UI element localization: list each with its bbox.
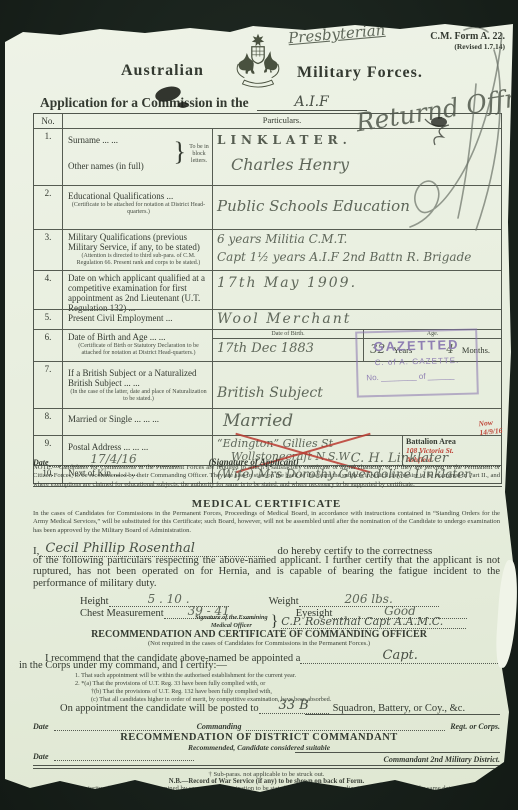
posted-post-text: Squadron, Battery, or Coy., &c. [333, 703, 466, 714]
row-number: 5. [34, 310, 63, 329]
married-label: Married or Single ... ... ... [63, 409, 213, 435]
row-value: Public Schools Education [213, 186, 501, 229]
recommend-rank-value: Capt. [300, 648, 500, 664]
table-row-married: 8. Married or Single ... ... ... Married [34, 408, 501, 435]
district-section-title: RECOMMENDATION OF DISTRICT COMMANDANT [19, 732, 499, 743]
row-number: 1. [34, 129, 63, 185]
co-section-title: RECOMMENDATION AND CERTIFICATE OF COMMAN… [19, 629, 499, 640]
application-force-value: A.I.F [257, 94, 367, 111]
footnote-seniority: Seniority of Candidates as determined by… [73, 785, 460, 793]
table-header-row: No. Particulars. [34, 114, 501, 128]
table-row-military-qualifications: 3. Military Qualifications (previous Mil… [34, 229, 501, 270]
employment-label: Present Civil Employment ... [63, 310, 213, 329]
exam-date-value: 17th May 1909. [217, 275, 497, 291]
district-section-subtitle: Recommended, Candidate considered suitab… [19, 743, 499, 752]
education-label: Educational Qualifications ... [68, 191, 209, 201]
employment-value: Wool Merchant [217, 311, 497, 327]
row-number: 4. [34, 271, 63, 309]
rule-line [33, 765, 500, 766]
block-letters-note: To be in block letters. [186, 144, 212, 165]
table-row-employment: 5. Present Civil Employment ... Wool Mer… [34, 309, 501, 329]
application-title: Application for a Commission in the [40, 95, 249, 111]
row-value: 6 years Militia C.M.T. Capt 1½ years A.I… [213, 230, 501, 270]
co-blank-line [305, 714, 500, 715]
row-label: Surname ... ... Other names (in full) } … [63, 129, 213, 185]
battalion-area-label: Battalion Area [406, 437, 498, 446]
note-paragraph: NOTE.—Candidates for Commissions in the … [33, 464, 500, 489]
row-number: 7. [34, 362, 63, 408]
education-value: Public Schools Education [217, 197, 497, 215]
form-revision: (Revised 1.7.14) [413, 42, 505, 51]
recommend-post-text: in the Corps under my command, and I cer… [19, 660, 227, 671]
no-column-header: No. [34, 114, 63, 128]
coat-of-arms-icon [227, 32, 289, 90]
chest-measurement-label: Chest Measurement [80, 608, 164, 619]
religion-annotation: Presbyterian [287, 21, 386, 47]
examining-sig-label-1: Signature of the Examining [195, 614, 268, 622]
table-row-exam-date: 4. Date on which applicant qualified at … [34, 270, 501, 309]
form-code: C.M. Form A. 22. [413, 31, 505, 42]
row-value: LINKLATER. Charles Henry [213, 129, 501, 185]
military-qual-note: (Attention is directed to third sub-para… [68, 253, 209, 267]
particulars-table: No. Particulars. 1. Surname ... ... Othe… [33, 113, 502, 484]
row-number: 6. [34, 330, 63, 361]
exam-date-label: Date on which applicant qualified at a c… [63, 271, 213, 309]
married-value: Married [223, 411, 497, 431]
form-paper: Presbyterian C.M. Form A. 22. (Revised 1… [5, 22, 513, 794]
certify-item-2b: †(b) That the provisions of U.T. Reg. 13… [91, 688, 495, 696]
military-qual-value-1: 6 years Militia C.M.T. [217, 232, 497, 246]
military-qual-value-2: Capt 1½ years A.I.F 2nd Battn R. Brigade [217, 250, 497, 264]
co-date-commanding-row: Date Commanding Regt. or Corps. [33, 722, 500, 731]
birth-age-note: (Certificate of Birth or Statutory Decla… [68, 343, 209, 357]
stamp-line-3: No. ________ of ______ [358, 370, 476, 382]
stamp-line-1: GAZETTED [357, 336, 475, 354]
particulars-column-header: Particulars. [63, 114, 501, 128]
scanned-form-page: { "annotations": { "religion": "Presbyte… [0, 0, 518, 810]
co-posted-line: On appointment the candidate will be pos… [60, 698, 500, 714]
certify-item-2a: 2. *(a) That the provisions of U.T. Reg.… [75, 680, 495, 688]
certify-paragraph: of the following particulars respecting … [33, 555, 500, 589]
row-number: 3. [34, 230, 63, 270]
footnote-war-service: N.B.—Record of War Service (if any) to b… [33, 778, 500, 785]
medical-intro-paragraph: In the cases of Candidates for Commissio… [33, 510, 500, 535]
regt-or-corps-label: Regt. or Corps. [450, 722, 500, 731]
posted-unit-value: 33 B [259, 698, 329, 714]
red-now-annotation: Now 14/9/16 [478, 417, 503, 437]
org-name-right: Military Forces. [297, 64, 423, 82]
dob-subheader: Date of Birth. [213, 330, 363, 339]
certify-item-1: 1. That such appointment will be within … [75, 672, 495, 680]
brace-glyph: } [174, 137, 186, 166]
row-number: 2. [34, 186, 63, 229]
surname-value: LINKLATER. [217, 133, 497, 147]
org-name-left: Australian [121, 62, 204, 80]
military-qual-label: Military Qualifications (previous Milita… [68, 232, 209, 252]
table-row-education: 2. Educational Qualifications ... (Certi… [34, 185, 501, 229]
table-row-surname: 1. Surname ... ... Other names (in full)… [34, 128, 501, 185]
british-subject-note: (In the case of the latter, date and pla… [68, 389, 209, 403]
co-date-label: Date [33, 722, 49, 731]
row-value: Married [213, 409, 501, 435]
co-date-blank [54, 730, 174, 731]
british-subject-label: If a British Subject or a Naturalized Br… [68, 368, 209, 388]
postal-address-line1: “Edington” Gillies St [217, 437, 413, 450]
district-blank-line [295, 752, 500, 753]
row-number: 8. [34, 409, 63, 435]
medical-certificate-title: MEDICAL CERTIFICATE [33, 498, 500, 510]
examining-officer-signature: C.P. Rosenthal Capt A.A.M.C. [281, 615, 466, 629]
commanding-blank [246, 730, 445, 731]
birth-age-label: Date of Birth and Age ... ... [68, 332, 209, 342]
row-value: Wool Merchant [213, 310, 501, 329]
application-title-line: Application for a Commission in the A.I.… [40, 94, 367, 111]
stamp-line-2: C. of A. GAZETTE. [358, 355, 476, 367]
posted-pre-text: On appointment the candidate will be pos… [60, 703, 259, 714]
rule-line [33, 768, 500, 769]
commanding-label: Commanding [197, 722, 242, 731]
gazetted-stamp: GAZETTED C. of A. GAZETTE. No. ________ … [355, 328, 479, 397]
dob-value: 17th Dec 1883 [213, 339, 363, 358]
education-note: (Certificate to be attached for notation… [68, 202, 209, 216]
other-names-value: Charles Henry [231, 155, 497, 174]
commandant-label: Commandant 2nd Military District. [33, 755, 500, 764]
row-value: 17th May 1909. [213, 271, 501, 309]
